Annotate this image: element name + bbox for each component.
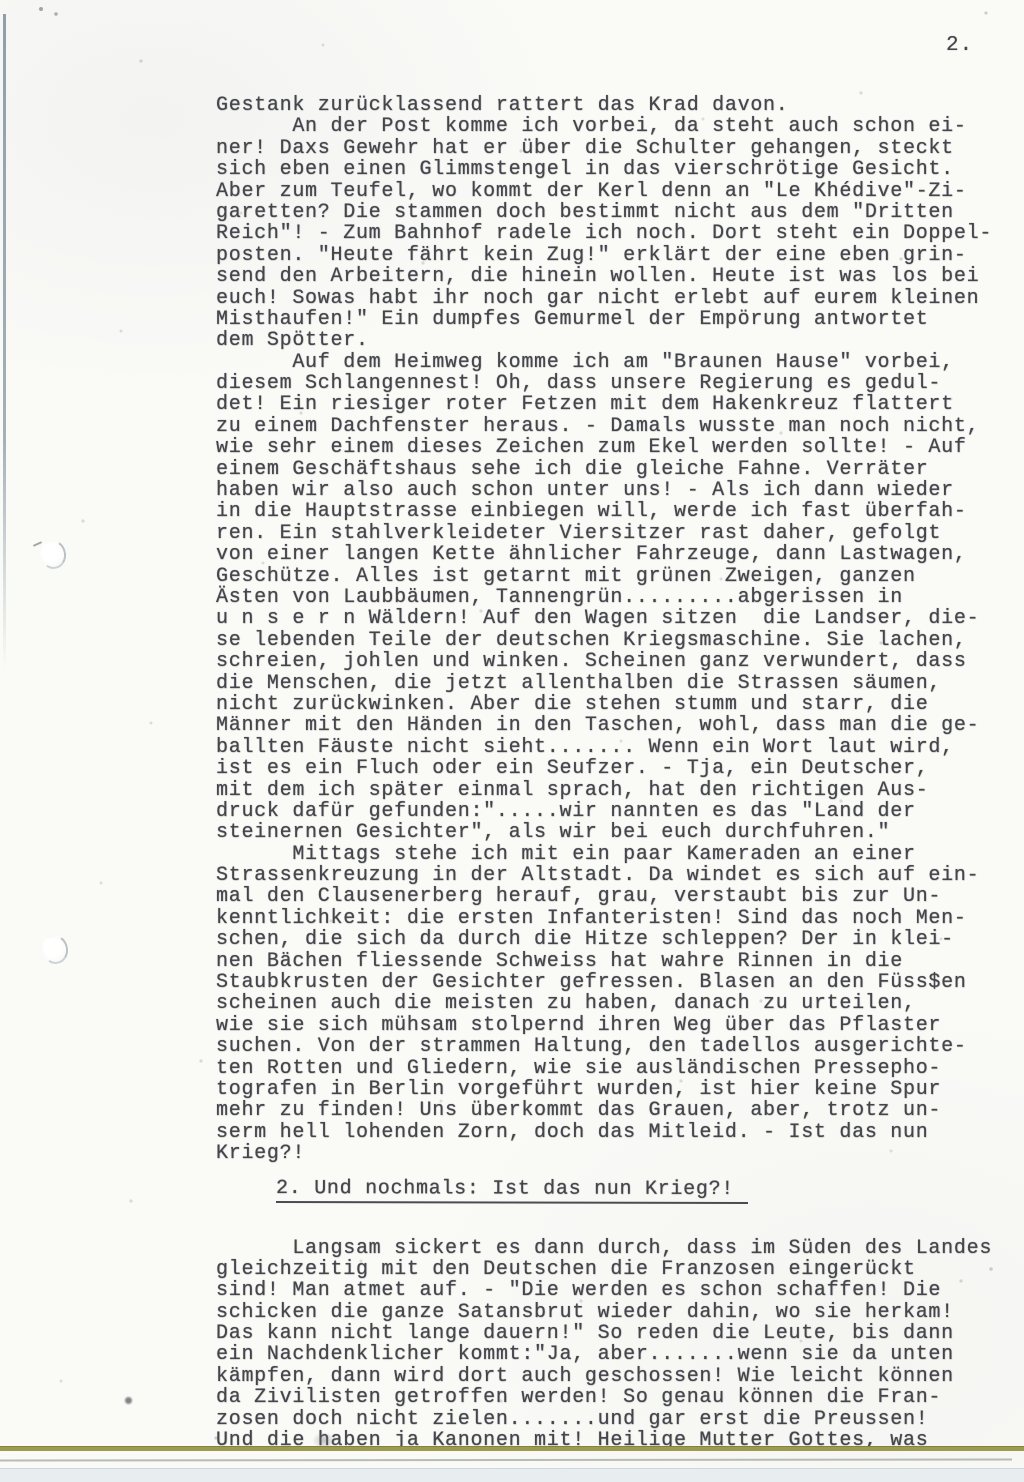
text-line: da Zivilisten getroffen werden! So genau… xyxy=(216,1387,1016,1408)
text-line: suchen. Von der strammen Haltung, den ta… xyxy=(216,1036,1016,1057)
text-line: ner! Daxs Gewehr hat er über die Schulte… xyxy=(216,138,1016,159)
text-line: druck dafür gefunden:".....wir nannten e… xyxy=(216,801,1016,822)
text-line: sich eben einen Glimmstengel in das vier… xyxy=(216,159,1016,180)
text-line: die Menschen, die jetzt allenthalben die… xyxy=(216,673,1016,694)
section-heading: 2. Und nochmals: Ist das nun Krieg?! xyxy=(276,1178,748,1204)
text-line: An der Post komme ich vorbei, da steht a… xyxy=(216,116,1016,137)
bottom-gray-rule xyxy=(0,1458,1012,1461)
text-line: garetten? Die stammen doch bestimmt nich… xyxy=(216,202,1016,223)
text-line: kämpfen, dann wird dort auch geschossen!… xyxy=(216,1366,1016,1387)
text-line: in die Hauptstrasse einbiegen will, werd… xyxy=(216,501,1016,522)
text-line: haben wir also auch schon unter uns! - A… xyxy=(216,480,1016,501)
text-line: Langsam sickert es dann durch, dass im S… xyxy=(216,1238,1016,1259)
text-line: tografen in Berlin vorgeführt wurden, is… xyxy=(216,1079,1016,1100)
paper-speckles xyxy=(0,0,2,2)
text-line: posten. "Heute fährt kein Zug!" erklärt … xyxy=(216,245,1016,266)
text-line: Ästen von Laubbäumen, Tannengrün........… xyxy=(216,587,1016,608)
bottom-olive-rule xyxy=(0,1446,1024,1451)
section-heading-row: 2. Und nochmals: Ist das nun Krieg?! xyxy=(216,1178,1016,1203)
text-line: scheinen auch die meisten zu haben, dana… xyxy=(216,993,1016,1014)
text-line: zosen doch nicht zielen.......und gar er… xyxy=(216,1409,1016,1430)
text-line: Mittags stehe ich mit ein paar Kameraden… xyxy=(216,844,1016,865)
text-line: schreien, johlen und winken. Scheinen ga… xyxy=(216,651,1016,672)
text-line: ein Nachdenklicher kommt:"Ja, aber......… xyxy=(216,1344,1016,1365)
text-line: kenntlichkeit: die ersten Infanteristen!… xyxy=(216,908,1016,929)
text-line: mehr zu finden! Uns überkommt das Grauen… xyxy=(216,1100,1016,1121)
text-line: Geschütze. Alles ist getarnt mit grünen … xyxy=(216,566,1016,587)
text-line: serm hell lohenden Zorn, doch das Mitlei… xyxy=(216,1122,1016,1143)
text-line: Das kann nicht lange dauern!" So reden d… xyxy=(216,1323,1016,1344)
bottom-scan-band xyxy=(0,1468,1024,1482)
text-line: wie sie sich mühsam stolpernd ihren Weg … xyxy=(216,1015,1016,1036)
text-line: schen, die sich da durch die Hitze schle… xyxy=(216,929,1016,950)
text-line: wie sehr einem dieses Zeichen zum Ekel w… xyxy=(216,437,1016,458)
text-line: mal den Clausenerberg herauf, grau, vers… xyxy=(216,886,1016,907)
text-line: nicht zurückwinken. Aber die stehen stum… xyxy=(216,694,1016,715)
document-text: Gestank zurücklassend rattert das Krad d… xyxy=(216,95,1016,1451)
text-line: ist es ein Fluch oder ein Seufzer. - Tja… xyxy=(216,758,1016,779)
text-line: schicken die ganze Satansbrut wieder dah… xyxy=(216,1302,1016,1323)
text-line: det! Ein riesiger roter Fetzen mit dem H… xyxy=(216,394,1016,415)
text-line: Staubkrusten der Gesichter gefressen. Bl… xyxy=(216,972,1016,993)
text-line: mit dem ich später einmal sprach, hat de… xyxy=(216,780,1016,801)
text-line: einem Geschäftshaus sehe ich die gleiche… xyxy=(216,459,1016,480)
text-line: u n s e r n Wäldern! Auf den Wagen sitze… xyxy=(216,608,1016,629)
text-line: ten Rotten und Gliedern, wie sie ausländ… xyxy=(216,1058,1016,1079)
text-line: Männer mit den Händen in den Taschen, wo… xyxy=(216,715,1016,736)
text-line: se lebenden Teile der deutschen Kriegsma… xyxy=(216,630,1016,651)
text-line: send den Arbeitern, die hinein wollen. H… xyxy=(216,266,1016,287)
text-line: Aber zum Teufel, wo kommt der Kerl denn … xyxy=(216,181,1016,202)
text-line: Strassenkreuzung in der Altstadt. Da win… xyxy=(216,865,1016,886)
text-line: zu einem Dachfenster heraus. - Damals wu… xyxy=(216,416,1016,437)
text-line: dem Spötter. xyxy=(216,330,1016,351)
text-line: Misthaufen!" Ein dumpfes Gemurmel der Em… xyxy=(216,309,1016,330)
text-line: nen Bächen fliessende Schweiss hat wahre… xyxy=(216,951,1016,972)
text-line: euch! Sowas habt ihr noch gar nicht erle… xyxy=(216,288,1016,309)
paragraph-block-1: Gestank zurücklassend rattert das Krad d… xyxy=(216,95,1016,1165)
text-line: Reich"! - Zum Bahnhof radele ich noch. D… xyxy=(216,223,1016,244)
punch-hole-bottom xyxy=(39,933,70,967)
paragraph-block-2: Langsam sickert es dann durch, dass im S… xyxy=(216,1238,1016,1452)
scan-edge-line xyxy=(3,14,6,669)
text-line: Auf dem Heimweg komme ich am "Braunen Ha… xyxy=(216,352,1016,373)
page-number: 2. xyxy=(946,34,973,57)
ink-spot xyxy=(124,1396,133,1405)
text-line: steinernen Gesichter", als wir bei euch … xyxy=(216,822,1016,843)
text-line: Gestank zurücklassend rattert das Krad d… xyxy=(216,95,1016,116)
text-line: diesem Schlangennest! Oh, dass unsere Re… xyxy=(216,373,1016,394)
text-line: Krieg?! xyxy=(216,1143,1016,1164)
text-line: gleichzeitig mit den Deutschen die Franz… xyxy=(216,1259,1016,1280)
scanned-typewritten-page: 2. Gestank zurücklassend rattert das Kra… xyxy=(0,0,1024,1482)
text-line: ballten Fäuste nicht sieht....... Wenn e… xyxy=(216,737,1016,758)
text-line: ren. Ein stahlverkleideter Viersitzer ra… xyxy=(216,523,1016,544)
text-line: von einer langen Kette ähnlicher Fahrzeu… xyxy=(216,544,1016,565)
text-line: sind! Man atmet auf. - "Die werden es sc… xyxy=(216,1280,1016,1301)
